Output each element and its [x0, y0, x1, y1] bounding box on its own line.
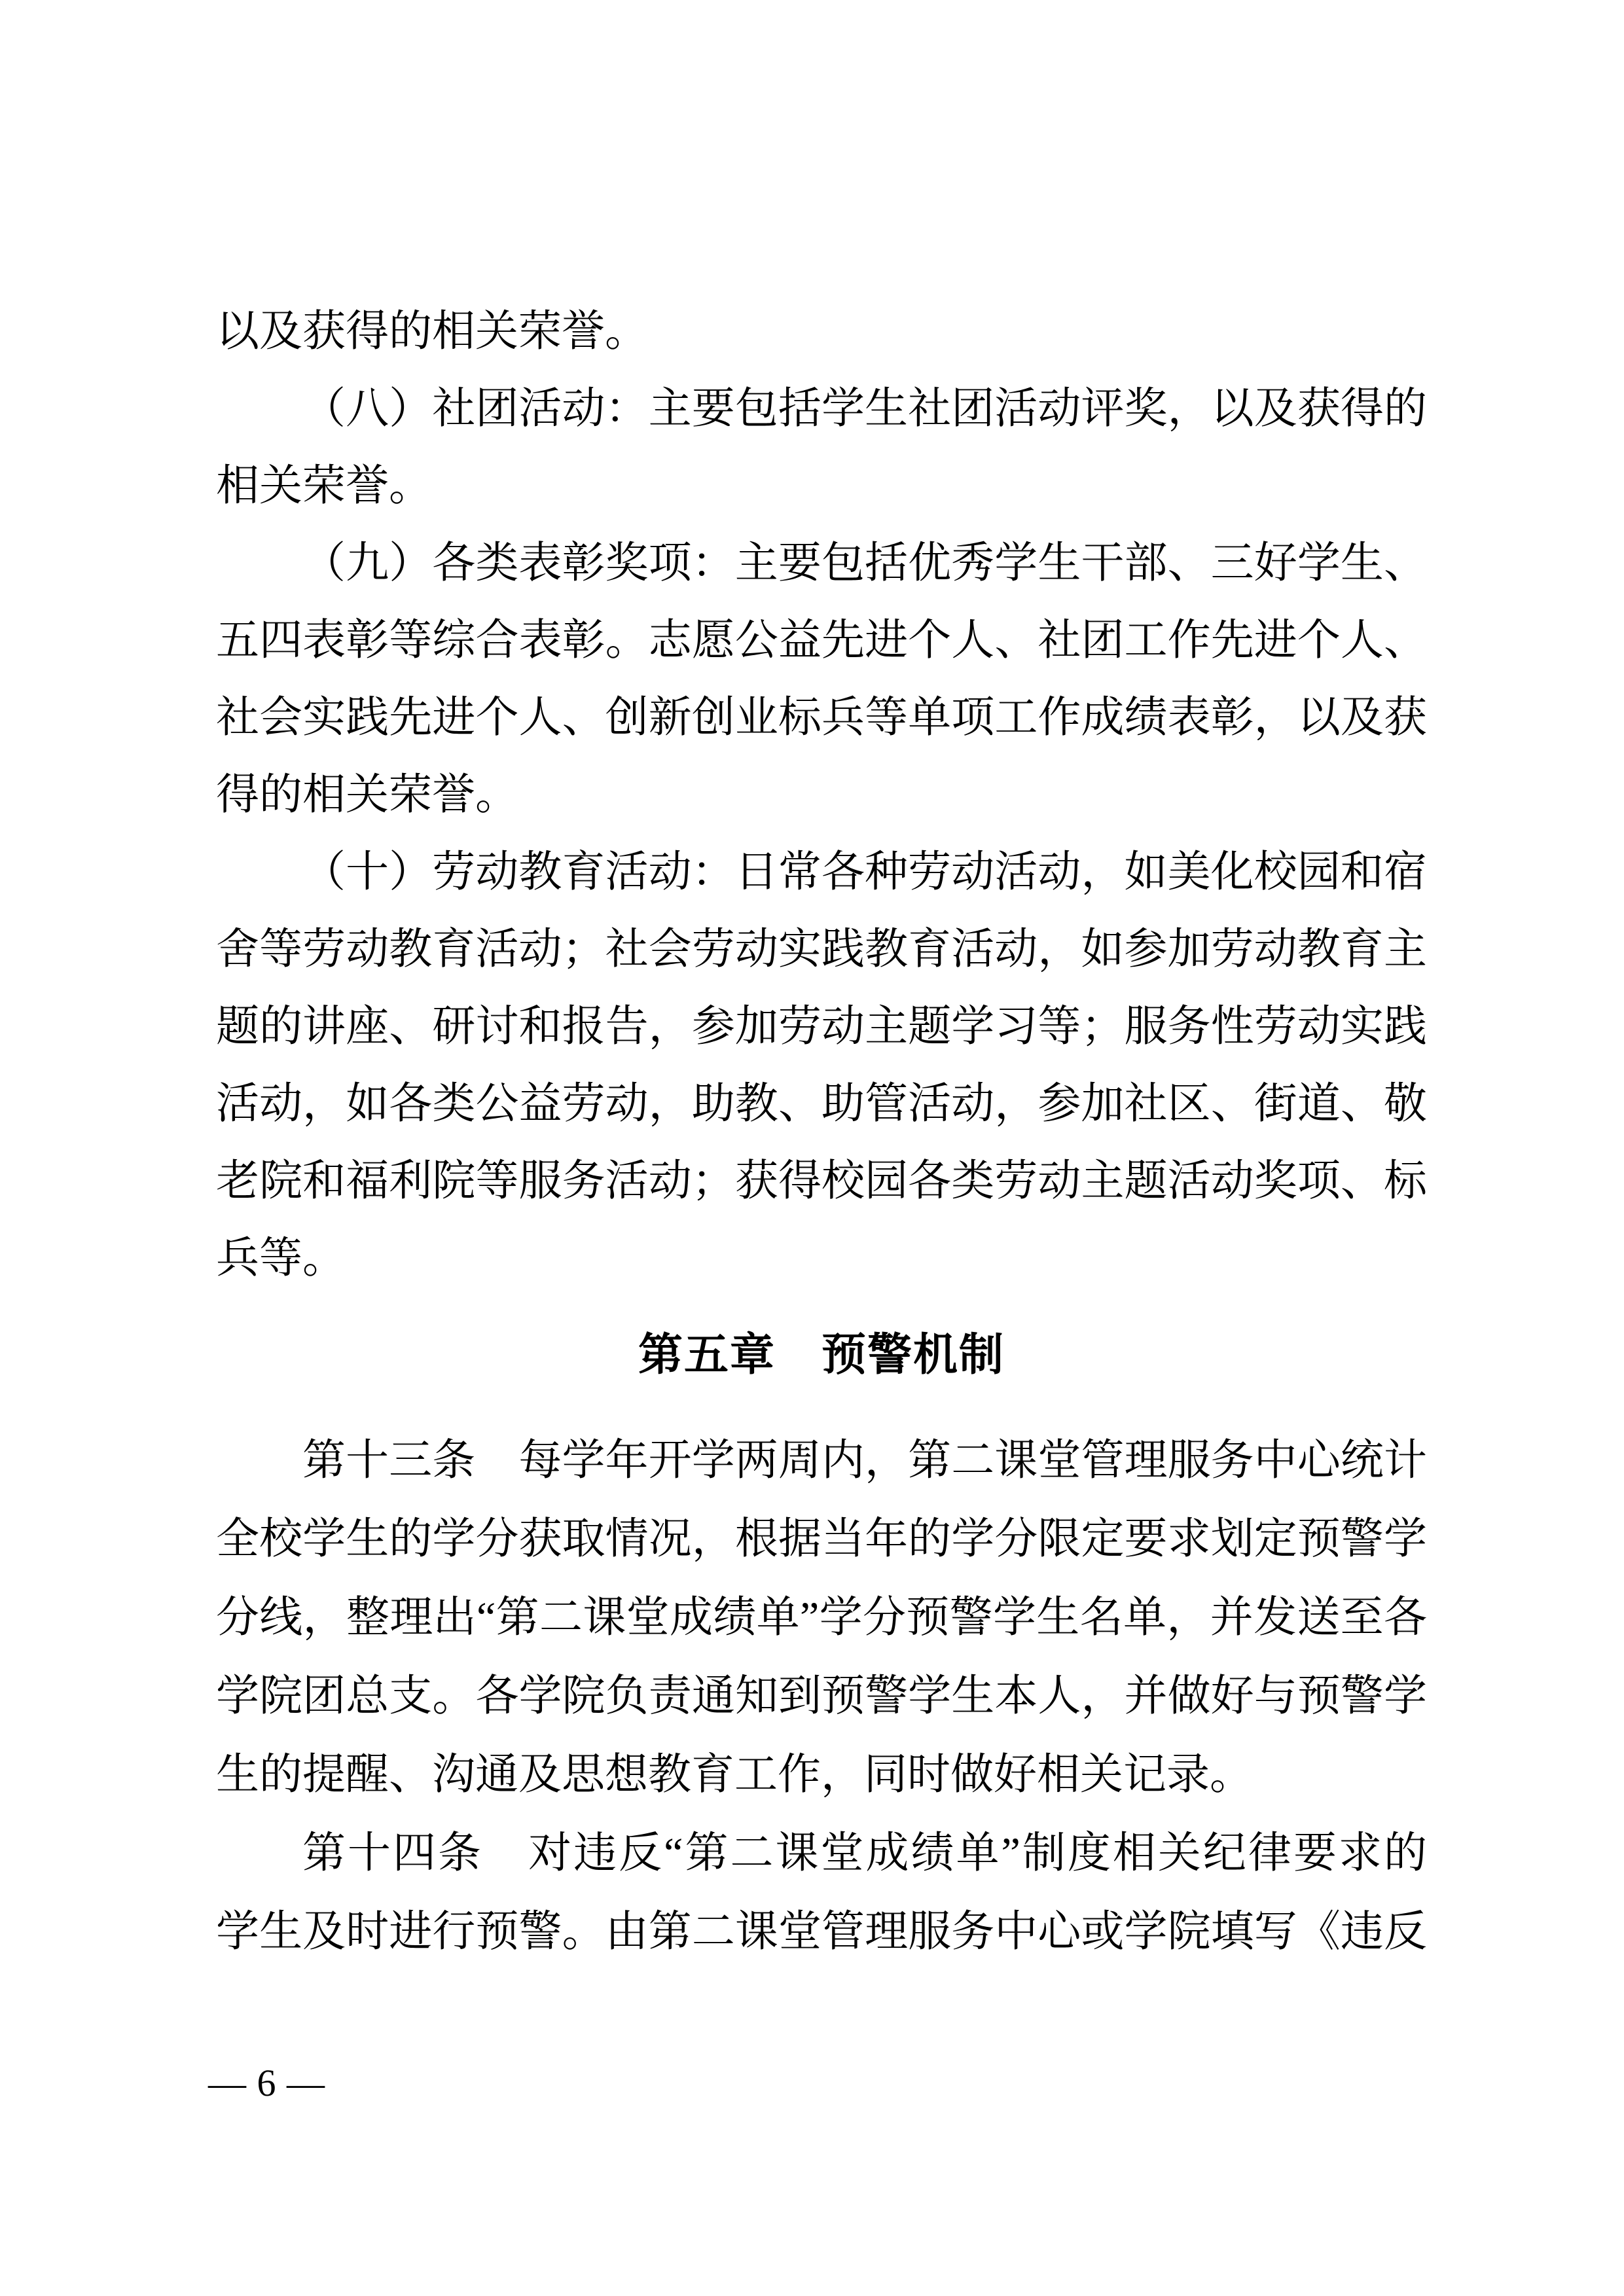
body-text-line: 老院和福利院等服务活动；获得校园各类劳动主题活动奖项、标 — [216, 1143, 1427, 1220]
body-text-line: 学生及时进行预警。由第二课堂管理服务中心或学院填写《违反 — [216, 1893, 1427, 1971]
page-number: — 6 — — [208, 2060, 325, 2106]
body-text-line: 舍等劳动教育活动；社会劳动实践教育活动，如参加劳动教育主 — [216, 911, 1427, 988]
body-text-line: 五四表彰等综合表彰。志愿公益先进个人、社团工作先进个人、 — [216, 602, 1427, 679]
body-text-line: 以及获得的相关荣誉。 — [216, 293, 1427, 370]
body-text-line: （十）劳动教育活动：日常各种劳动活动，如美化校园和宿 — [216, 834, 1427, 911]
body-text-line: 第十三条 每学年开学两周内，第二课堂管理服务中心统计 — [216, 1422, 1427, 1500]
body-text-line: （八）社团活动：主要包括学生社团活动评奖，以及获得的 — [216, 370, 1427, 448]
document-body: 以及获得的相关荣誉。 （八）社团活动：主要包括学生社团活动评奖，以及获得的 相关… — [216, 293, 1427, 1971]
body-text-line: 分线，整理出“第二课堂成绩单”学分预警学生名单，并发送至各 — [216, 1579, 1427, 1657]
body-text-line: 全校学生的学分获取情况，根据当年的学分限定要求划定预警学 — [216, 1500, 1427, 1579]
body-text-line: 兵等。 — [216, 1220, 1427, 1297]
chapter-heading: 第五章 预警机制 — [216, 1316, 1427, 1394]
body-text-line: 社会实践先进个人、创新创业标兵等单项工作成绩表彰，以及获 — [216, 679, 1427, 757]
body-text-line: （九）各类表彰奖项：主要包括优秀学生干部、三好学生、 — [216, 525, 1427, 602]
section-four-category-list: 以及获得的相关荣誉。 （八）社团活动：主要包括学生社团活动评奖，以及获得的 相关… — [216, 293, 1427, 1297]
body-text-line: 题的讲座、研讨和报告，参加劳动主题学习等；服务性劳动实践 — [216, 988, 1427, 1066]
body-text-line: 相关荣誉。 — [216, 448, 1427, 525]
body-text-line: 得的相关荣誉。 — [216, 757, 1427, 834]
body-text-line: 生的提醒、沟通及思想教育工作，同时做好相关记录。 — [216, 1736, 1427, 1814]
body-text-line: 第十四条 对违反“第二课堂成绩单”制度相关纪律要求的 — [216, 1814, 1427, 1893]
section-five-warning-mechanism: 第十三条 每学年开学两周内，第二课堂管理服务中心统计 全校学生的学分获取情况，根… — [216, 1422, 1427, 1971]
a4-document-page: 以及获得的相关荣誉。 （八）社团活动：主要包括学生社团活动评奖，以及获得的 相关… — [0, 0, 1624, 2296]
body-text-line: 学院团总支。各学院负责通知到预警学生本人，并做好与预警学 — [216, 1657, 1427, 1736]
body-text-line: 活动，如各类公益劳动，助教、助管活动，参加社区、街道、敬 — [216, 1066, 1427, 1143]
